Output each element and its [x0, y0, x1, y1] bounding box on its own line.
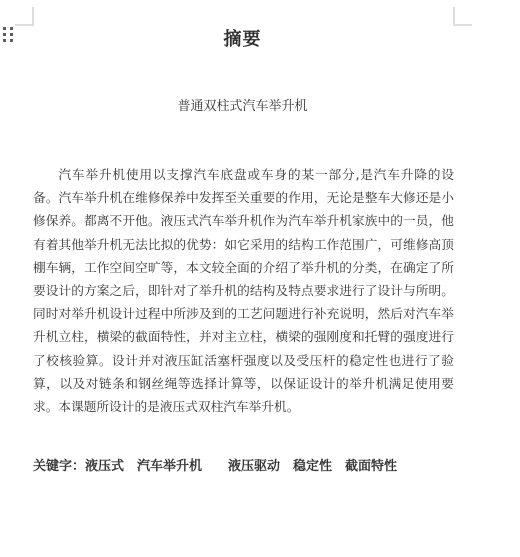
keywords-line: 关键字：液压式 汽车举升机 液压驱动 稳定性 截面特性	[33, 455, 473, 474]
document-subtitle: 普通双柱式汽车举升机	[33, 95, 452, 114]
drag-dot	[3, 33, 6, 36]
document-page: 摘要 普通双柱式汽车举升机 汽车举升机使用以支撑汽车底盘或车身的某一部分,是汽车…	[0, 0, 520, 557]
drag-dot	[3, 39, 6, 42]
drag-dot	[10, 27, 13, 30]
drag-dot	[10, 39, 13, 42]
page-title: 摘要	[33, 25, 452, 51]
abstract-paragraph: 汽车举升机使用以支撑汽车底盘或车身的某一部分,是汽车升降的设备。汽车举升机在维修…	[33, 163, 454, 418]
drag-dot	[10, 33, 13, 36]
drag-dot	[3, 27, 6, 30]
margin-corner-topleft-icon	[15, 7, 34, 26]
drag-handle-icon[interactable]	[3, 27, 14, 42]
margin-corner-topright-icon	[453, 7, 472, 26]
